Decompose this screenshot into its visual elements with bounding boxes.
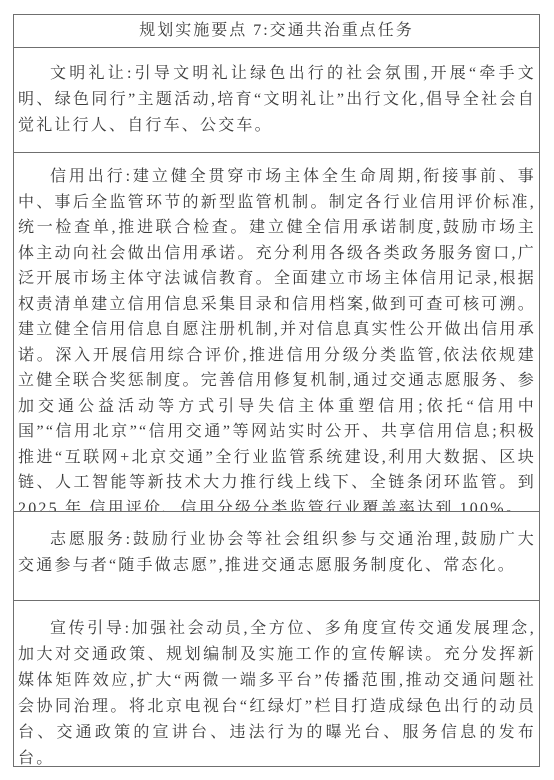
document-page: 规划实施要点 7:交通共治重点任务 文明礼让:引导文明礼让绿色出行的社会氛围,开… — [0, 0, 554, 780]
section-publicity-guidance: 宣传引导:加强社会动员,全方位、多角度宣传交通发展理念,加大对交通政策、规划编制… — [14, 601, 539, 767]
section-volunteer-service: 志愿服务:鼓励行业协会等社会组织参与交通治理,鼓励广大交通参与者“随手做志愿”,… — [14, 512, 539, 601]
key-points-table: 规划实施要点 7:交通共治重点任务 文明礼让:引导文明礼让绿色出行的社会氛围,开… — [13, 14, 540, 767]
section-civility: 文明礼让:引导文明礼让绿色出行的社会氛围,开展“牵手文明、绿色同行”主题活动,培… — [14, 48, 539, 153]
section-volunteer-service-text: 志愿服务:鼓励行业协会等社会组织参与交通治理,鼓励广大交通参与者“随手做志愿”,… — [18, 527, 536, 579]
section-credit-travel-text: 信用出行:建立健全贯穿市场主体全生命周期,衔接事前、事中、事后全监管环节的新型监… — [18, 164, 536, 512]
section-credit-travel: 信用出行:建立健全贯穿市场主体全生命周期,衔接事前、事中、事后全监管环节的新型监… — [14, 153, 539, 512]
section-publicity-guidance-text: 宣传引导:加强社会动员,全方位、多角度宣传交通发展理念,加大对交通政策、规划编制… — [18, 616, 536, 767]
table-title: 规划实施要点 7:交通共治重点任务 — [14, 15, 539, 48]
section-civility-text: 文明礼让:引导文明礼让绿色出行的社会氛围,开展“牵手文明、绿色同行”主题活动,培… — [18, 61, 536, 139]
